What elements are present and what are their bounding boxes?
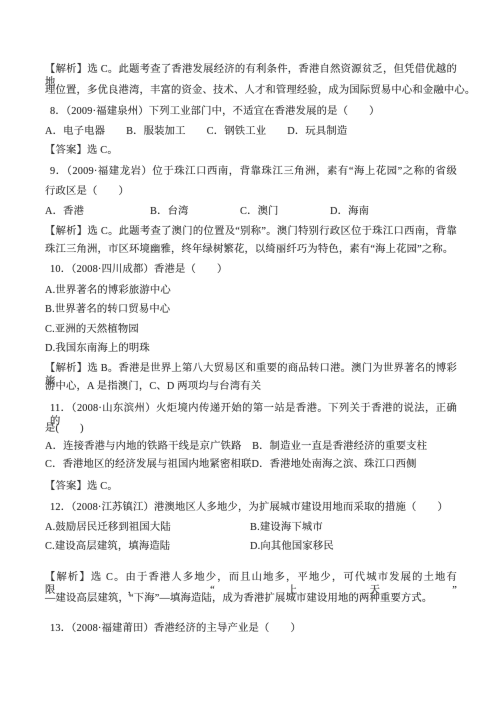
question-10-option-a: A.世界著名的博彩旅游中心 <box>45 284 457 297</box>
question-13-stem: 13．（2008·福建莆田）香港经济的主导产业是（ ） <box>50 622 457 635</box>
option-a: A．香港 <box>45 205 84 218</box>
question-11-options-ab: A．连接香港与内地的铁路干线是京广铁路 B．制造业一直是香港经济的重要支柱 <box>45 440 457 453</box>
option-d: D.向其他国家移民 <box>250 540 334 553</box>
question-10-option-c: C.亚洲的天然植物园 <box>45 323 457 336</box>
question-10-option-b: B.世界著名的转口贸易中心 <box>45 303 457 316</box>
question-9-stem-line2: 行政区是（ ） <box>45 185 457 198</box>
option-b: B．台湾 <box>150 205 189 218</box>
analysis-q9-line2: 珠江三角洲，市区环境幽雅，终年绿树繁花，以绮丽纤巧为特色，素有“海上花园”之称。 <box>45 243 457 256</box>
question-8-stem: 8．（2009·福建泉州）下列工业部门中，不适宜在香港发展的是（ ） <box>50 105 457 118</box>
analysis-q9-line1: 【解析】选 C。此题考查了澳门的位置及“别称”。澳门特别行政区位于珠江口西南，背… <box>45 225 457 238</box>
option-a: A.鼓励居民迁移到祖国大陆 <box>45 521 171 534</box>
question-9-stem-line1: 9．（2009·福建龙岩）位于珠江口西南，背靠珠江三角洲，素有“海上花园”之称的… <box>50 165 457 178</box>
option-c: C.建设高层建筑，填海造陆 <box>45 540 170 553</box>
document-page: 【解析】选 C。此题考查了香港发展经济的有利条件，香港自然资源贫乏，但凭借优越的… <box>0 0 500 707</box>
analysis-q12-line2: —建设高层建筑，“下海”—填海造陆，成为香港扩展城市建设用地的两种重要方式。 <box>45 592 457 605</box>
answer-q8-line: 【答案】选 C。 <box>45 144 457 157</box>
question-8-options: A．电子电器 B．服装加工 C．钢铁工业 D．玩具制造 <box>45 125 457 138</box>
option-c: C．澳门 <box>240 205 279 218</box>
question-10-stem: 10．（2008·四川成都）香港是（ ） <box>50 263 457 276</box>
question-12-stem: 12．（2008·江苏镇江）港澳地区人多地少，为扩展城市建设用地而采取的措施（ … <box>50 501 457 514</box>
question-11-options-cd: C．香港地区的经济发展与祖国内地紧密相联D．香港地处南海之滨、珠江口西侧 <box>45 458 457 471</box>
answer-q11-line: 【答案】选 C。 <box>45 480 457 493</box>
analysis-q10-line2: 游中心，A 是指澳门，C、D 两项均与台湾有关 <box>45 380 457 393</box>
option-d: D．海南 <box>330 205 369 218</box>
analysis-q7-line2: 理位置，多优良港湾，丰富的资金、技术、人才和管理经验，成为国际贸易中心和金融中心… <box>45 84 457 97</box>
question-10-option-d: D.我国东南海上的明珠 <box>45 342 457 355</box>
option-b: B.建设海下城市 <box>250 521 323 534</box>
question-11-stem-line2: 是( ) <box>45 422 457 435</box>
